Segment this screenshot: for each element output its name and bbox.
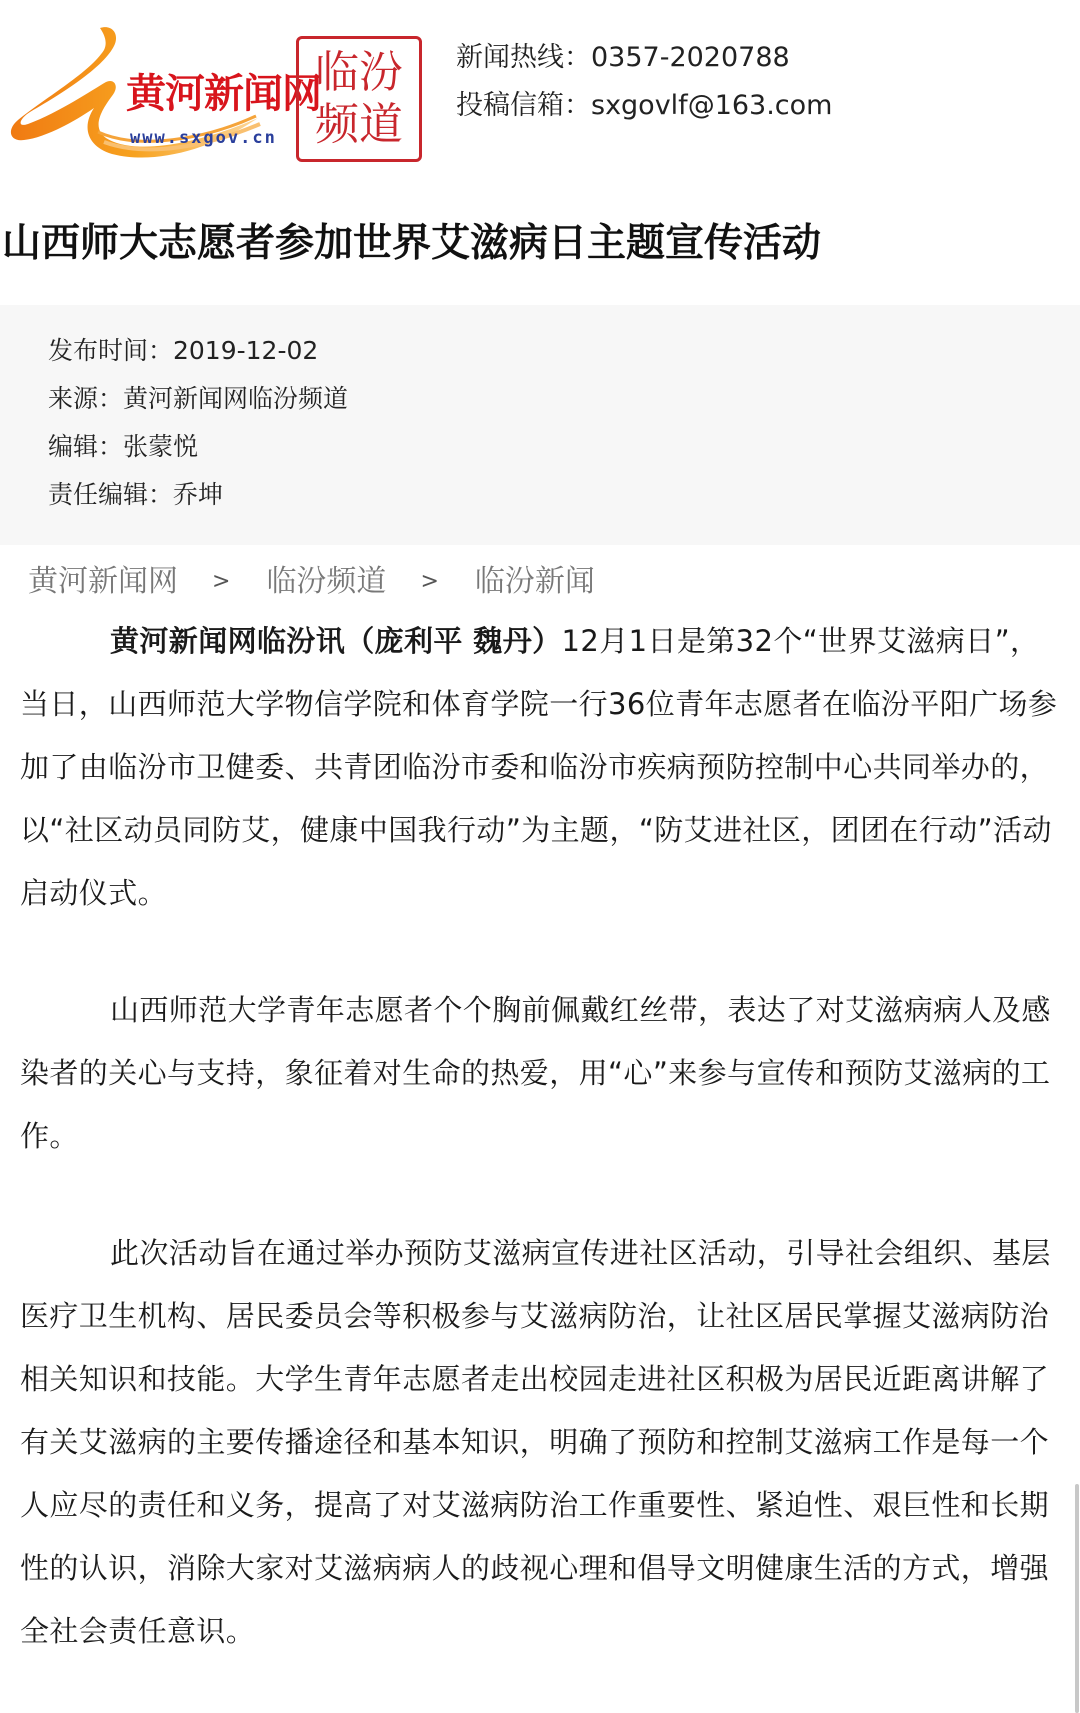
logo-url: www.sxgov.cn xyxy=(130,128,277,148)
publish-time: 发布时间：2019-12-02 xyxy=(48,331,318,367)
source: 来源：黄河新闻网临汾频道 xyxy=(48,379,348,415)
article-paragraph: 此次活动旨在通过举办预防艾滋病宣传进社区活动，引导社会组织、基层医疗卫生机构、居… xyxy=(20,1222,1060,1663)
breadcrumb-home[interactable]: 黄河新闻网 xyxy=(28,556,178,600)
article-body: 黄河新闻网临汾讯（庞利平 魏丹）12月1日是第32个“世界艾滋病日”，当日，山西… xyxy=(20,610,1060,1663)
contact-info: 新闻热线：0357-2020788 投稿信箱：sxgovlf@163.com xyxy=(456,34,832,130)
page-scrollbar[interactable] xyxy=(1075,1484,1079,1713)
email-row: 投稿信箱：sxgovlf@163.com xyxy=(456,82,832,130)
channel-badge-line2: 频道 xyxy=(299,99,419,151)
site-logo[interactable]: 黄河新闻网 www.sxgov.cn xyxy=(8,20,273,170)
channel-badge[interactable]: 临汾 频道 xyxy=(296,36,422,162)
channel-badge-line1: 临汾 xyxy=(299,47,419,99)
logo-title: 黄河新闻网 xyxy=(126,74,321,114)
breadcrumb-section[interactable]: 临汾新闻 xyxy=(475,556,595,600)
hotline-row: 新闻热线：0357-2020788 xyxy=(456,34,832,82)
article-paragraph: 山西师范大学青年志愿者个个胸前佩戴红丝带，表达了对艾滋病病人及感染者的关心与支持… xyxy=(20,979,1060,1168)
hotline-label: 新闻热线： xyxy=(456,42,591,73)
breadcrumb-separator: > xyxy=(420,569,438,594)
article-title: 山西师大志愿者参加世界艾滋病日主题宣传活动 xyxy=(2,212,821,268)
hotline-number[interactable]: 0357-2020788 xyxy=(591,42,790,73)
article-meta: 发布时间：2019-12-02 来源：黄河新闻网临汾频道 编辑：张蒙悦 责任编辑… xyxy=(0,305,1080,545)
email-address[interactable]: sxgovlf@163.com xyxy=(591,90,832,121)
breadcrumb-separator: > xyxy=(212,569,230,594)
paragraph-text: 12月1日是第32个“世界艾滋病日”，当日，山西师范大学物信学院和体育学院一行3… xyxy=(20,624,1057,910)
article-paragraph: 黄河新闻网临汾讯（庞利平 魏丹）12月1日是第32个“世界艾滋病日”，当日，山西… xyxy=(20,610,1060,925)
breadcrumb: 黄河新闻网>临汾频道>临汾新闻 xyxy=(28,556,595,600)
article-lead: 黄河新闻网临汾讯（庞利平 魏丹） xyxy=(110,624,562,658)
email-label: 投稿信箱： xyxy=(456,90,591,121)
breadcrumb-channel[interactable]: 临汾频道 xyxy=(266,556,386,600)
site-header: 黄河新闻网 www.sxgov.cn 临汾 频道 新闻热线：0357-20207… xyxy=(0,0,1080,180)
editor: 编辑：张蒙悦 xyxy=(48,427,198,463)
chief-editor: 责任编辑：乔坤 xyxy=(48,475,223,511)
